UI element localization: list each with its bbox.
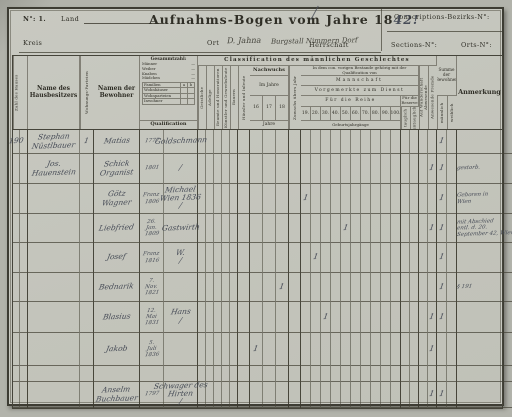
table-cell bbox=[27, 302, 80, 333]
table-cell bbox=[27, 366, 80, 382]
table-cell bbox=[222, 214, 230, 243]
table-cell bbox=[418, 130, 428, 154]
table-cell bbox=[263, 333, 276, 366]
table-cell bbox=[300, 366, 311, 382]
entry-handwritten: Jakob bbox=[105, 345, 128, 354]
table-cell bbox=[13, 382, 20, 408]
table-cell bbox=[27, 243, 80, 273]
table-cell bbox=[456, 333, 512, 366]
table-cell bbox=[214, 243, 222, 273]
table-cell bbox=[263, 154, 276, 184]
tally-mark: 1 bbox=[429, 345, 436, 354]
table-cell bbox=[214, 273, 222, 302]
gesammt-row: Mädchen— bbox=[142, 76, 195, 81]
table-cell bbox=[321, 154, 331, 184]
table-cell: MichaelWien 1836∕ bbox=[164, 184, 198, 214]
table-cell bbox=[300, 130, 311, 154]
table-cell bbox=[214, 184, 222, 214]
table-cell bbox=[331, 273, 341, 302]
table-cell bbox=[381, 382, 391, 408]
entry-handwritten: 1809 bbox=[144, 231, 159, 238]
entry-handwritten: Franz bbox=[143, 192, 160, 199]
tally-mark: 1 bbox=[279, 283, 286, 292]
gesammt-label: Mädchen bbox=[142, 76, 160, 81]
table-cell bbox=[222, 130, 230, 154]
table-cell bbox=[206, 333, 214, 366]
table-cell bbox=[351, 243, 361, 273]
table-cell: mit Abschiedentl. d. 20.September 42, Wi… bbox=[456, 214, 512, 243]
table-cell bbox=[249, 366, 263, 382]
table-cell bbox=[361, 333, 371, 366]
table-cell bbox=[351, 273, 361, 302]
table-cell bbox=[361, 382, 371, 408]
age-col: 50. bbox=[341, 107, 351, 121]
table-cell bbox=[381, 130, 391, 154]
tally-mark: 1 bbox=[322, 313, 329, 322]
table-cell bbox=[311, 302, 321, 333]
age-col: 80. bbox=[371, 107, 381, 121]
table-cell bbox=[400, 366, 410, 382]
col-residents: Namen der Bewohner bbox=[94, 56, 140, 129]
col-category: Geistliche bbox=[198, 66, 206, 129]
table-cell: 1 bbox=[436, 273, 447, 302]
table-cell: 1 bbox=[80, 130, 94, 154]
table-cell bbox=[361, 243, 371, 273]
table-cell bbox=[27, 184, 80, 214]
tally-mark: ∕ bbox=[178, 317, 182, 326]
gesammtzahl-box: Gesammtzahl: Männer— Weiber— Knaben— Mäd… bbox=[140, 56, 198, 121]
table-cell: 1 bbox=[300, 184, 311, 214]
mini-row: Inwohner bbox=[143, 98, 194, 103]
nachwuchs-age: 16 bbox=[250, 96, 263, 121]
table-cell bbox=[418, 382, 428, 408]
col-category: Adelige bbox=[206, 66, 214, 129]
col-category: Häusler und Inleute bbox=[238, 66, 250, 129]
table-cell: 1 bbox=[249, 333, 263, 366]
col-category: Bauern bbox=[230, 66, 238, 129]
table-cell bbox=[214, 214, 222, 243]
table-cell bbox=[341, 273, 351, 302]
table-cell bbox=[300, 154, 311, 184]
table-cell bbox=[263, 382, 276, 408]
col-category: Beamte und Honoratioren bbox=[214, 66, 222, 129]
table-cell bbox=[371, 273, 381, 302]
table-cell bbox=[361, 214, 371, 243]
table-cell bbox=[456, 366, 512, 382]
table-cell bbox=[361, 154, 371, 184]
table-cell bbox=[351, 184, 361, 214]
table-cell bbox=[13, 214, 20, 243]
table-cell bbox=[263, 184, 276, 214]
table-cell: Geboren inWien bbox=[456, 184, 512, 214]
table-cell bbox=[371, 154, 381, 184]
table-cell bbox=[400, 382, 410, 408]
table-cell bbox=[80, 366, 94, 382]
col-abwesend: Auf Wanderschaft Abwesende bbox=[419, 66, 428, 129]
col-anmerkung: Anmerkung bbox=[457, 56, 502, 129]
table-cell bbox=[381, 333, 391, 366]
form-header: N°: 1. Land Aufnahms-Bogen vom Jahre 184… bbox=[9, 9, 502, 55]
table-cell bbox=[80, 273, 94, 302]
land-label: Land bbox=[61, 15, 79, 23]
table-cell bbox=[400, 154, 410, 184]
table-cell: AnselmBuchbauer bbox=[93, 382, 140, 408]
table-cell bbox=[331, 243, 341, 273]
table-cell bbox=[321, 214, 331, 243]
table-cell bbox=[206, 243, 214, 273]
table-cell bbox=[361, 130, 371, 154]
entry-handwritten: Gastwirth bbox=[161, 223, 200, 233]
table-cell bbox=[400, 273, 410, 302]
table-cell bbox=[418, 273, 428, 302]
mini-cell bbox=[180, 99, 187, 103]
table-cell bbox=[351, 214, 361, 243]
conscription-district-label: Conscriptions-Bezirks-N°: bbox=[394, 13, 490, 21]
col-owner: Name des Hausbesitzers bbox=[28, 56, 80, 129]
table-cell: 1 bbox=[311, 243, 321, 273]
table-cell bbox=[206, 184, 214, 214]
table-cell: Goldschmann bbox=[164, 130, 198, 154]
entry-handwritten: Nüstlbauer bbox=[31, 141, 76, 151]
age-col: 19. bbox=[301, 107, 311, 121]
table-cell: 1 bbox=[436, 243, 447, 273]
age-col: 30. bbox=[321, 107, 331, 121]
entry-handwritten: 1831 bbox=[144, 320, 159, 327]
table-cell bbox=[371, 243, 381, 273]
table-cell bbox=[381, 302, 391, 333]
table-cell bbox=[263, 243, 276, 273]
table-cell: 1 bbox=[436, 154, 447, 184]
table-cell bbox=[436, 366, 447, 382]
table-cell bbox=[331, 214, 341, 243]
table-cell: 1 bbox=[341, 214, 351, 243]
table-cell bbox=[381, 273, 391, 302]
entry-handwritten: Blasius bbox=[102, 312, 131, 321]
table-cell bbox=[331, 154, 341, 184]
reserve-title: Für die Reserve bbox=[401, 96, 419, 107]
tally-mark: 1 bbox=[429, 164, 436, 173]
table-cell bbox=[206, 130, 214, 154]
table-cell bbox=[300, 382, 311, 408]
table-cell bbox=[351, 130, 361, 154]
tally-mark: 1 bbox=[429, 313, 436, 322]
vorgemerkt-line: Vorgemerkte zum Dienst bbox=[301, 86, 419, 96]
entry-handwritten: Josef bbox=[106, 253, 126, 262]
form-sheet: N°: 1. Land Aufnahms-Bogen vom Jahre 184… bbox=[7, 7, 504, 406]
tally-mark: 1 bbox=[438, 253, 445, 262]
table-cell bbox=[222, 302, 230, 333]
table-cell bbox=[311, 130, 321, 154]
nachwuchs-sub: Im Jahre bbox=[250, 76, 289, 96]
table-cell bbox=[249, 273, 263, 302]
table-cell bbox=[206, 154, 214, 184]
table-cell: GötzWagner bbox=[93, 184, 140, 214]
herrschaft-label: Herrschaft bbox=[309, 41, 349, 49]
table-cell bbox=[222, 382, 230, 408]
tally-mark: ∕ bbox=[178, 202, 182, 211]
tally-mark: 1 bbox=[302, 194, 309, 203]
table-cell bbox=[13, 154, 20, 184]
table-cell bbox=[300, 243, 311, 273]
mini-cell bbox=[180, 88, 187, 92]
age-col: 40. bbox=[331, 107, 341, 121]
header-underline bbox=[19, 52, 381, 53]
table-cell bbox=[321, 333, 331, 366]
age-col: 90. bbox=[381, 107, 391, 121]
table-cell bbox=[456, 302, 512, 333]
conscription-underline bbox=[387, 31, 502, 32]
table-cell: Hans∕ bbox=[164, 302, 198, 333]
table-cell: Matias bbox=[93, 130, 140, 154]
table-cell bbox=[27, 273, 80, 302]
table-cell bbox=[341, 184, 351, 214]
table-cell: 1 bbox=[321, 302, 331, 333]
entry-handwritten: 1 bbox=[83, 137, 89, 145]
ort-handwritten: D. Jahna bbox=[226, 36, 262, 46]
table-cell: Jakob bbox=[93, 333, 140, 366]
ages-bottom: Geburtsjahrgänge bbox=[301, 121, 401, 129]
table-cell bbox=[13, 333, 20, 366]
table-cell bbox=[197, 333, 206, 366]
table-cell bbox=[214, 154, 222, 184]
table-cell bbox=[351, 382, 361, 408]
summe-box: Summe der Bewohner bbox=[437, 56, 457, 96]
nachwuchs-title: Nachwuchs bbox=[250, 66, 289, 76]
mini-cell bbox=[187, 88, 194, 92]
table-cell bbox=[80, 184, 94, 214]
entry-handwritten: 1797 bbox=[144, 391, 159, 398]
col-category: Künstler und Gewerbsleute bbox=[222, 66, 230, 129]
table-cell bbox=[341, 302, 351, 333]
table-cell bbox=[321, 273, 331, 302]
table-cell: 12.Mai1831 bbox=[139, 302, 164, 333]
reserve-col: tauglich bbox=[401, 107, 410, 129]
table-cell bbox=[214, 302, 222, 333]
table-cell bbox=[222, 154, 230, 184]
col-spare bbox=[20, 56, 28, 129]
table-body: 190StephanNüstlbauer1Matias1777Goldschma… bbox=[13, 130, 502, 408]
header-divider bbox=[381, 9, 382, 51]
table-cell bbox=[80, 243, 94, 273]
table-cell bbox=[197, 273, 206, 302]
table-cell: 1 bbox=[436, 302, 447, 333]
col-fremde: Anwesende Fremde bbox=[428, 66, 437, 129]
table-cell: 1 bbox=[436, 184, 447, 214]
table-cell: § 191 bbox=[456, 273, 512, 302]
mini-col-b: b bbox=[187, 83, 194, 87]
table-cell bbox=[371, 382, 381, 408]
age-col: 20. bbox=[311, 107, 321, 121]
table-cell bbox=[361, 366, 371, 382]
table-cell bbox=[214, 366, 222, 382]
table-cell: Franz1816 bbox=[139, 243, 164, 273]
entry-handwritten: 1816 bbox=[144, 257, 159, 264]
entry-handwritten: Hauenstein bbox=[31, 168, 76, 178]
table-cell bbox=[381, 214, 391, 243]
table-cell bbox=[456, 130, 512, 154]
table-cell bbox=[418, 366, 428, 382]
table-cell bbox=[400, 243, 410, 273]
table-cell bbox=[93, 366, 140, 382]
mini-col-a: a bbox=[180, 83, 187, 87]
table-cell bbox=[197, 154, 206, 184]
gesammt-mini-table: Familienab Wohnhäuser Wohnparteien Inwoh… bbox=[142, 82, 195, 104]
table-cell bbox=[371, 130, 381, 154]
table-cell bbox=[300, 273, 311, 302]
table-cell bbox=[164, 333, 198, 366]
orts-no-label: Orts-N°: bbox=[461, 41, 492, 49]
col-qualification: Qualification bbox=[140, 121, 198, 129]
table-cell bbox=[381, 366, 391, 382]
table-cell bbox=[222, 243, 230, 273]
table-cell: 5.Juli1836 bbox=[139, 333, 164, 366]
mini-label: Inwohner bbox=[143, 99, 180, 103]
tally-mark: 1 bbox=[342, 224, 349, 233]
col-zuwachs: Zuwachs übers Jahr bbox=[289, 66, 301, 129]
age-col: 70. bbox=[361, 107, 371, 121]
table-cell bbox=[300, 214, 311, 243]
tally-mark: 1 bbox=[438, 164, 445, 173]
col-house-number: Zahl des Hauses bbox=[13, 56, 20, 129]
table-cell bbox=[371, 366, 381, 382]
table-cell: 26.Jan.1809 bbox=[139, 214, 164, 243]
age-col: 60. bbox=[351, 107, 361, 121]
table-cell: Jos.Hauenstein bbox=[27, 154, 80, 184]
table-cell bbox=[13, 273, 20, 302]
table-cell bbox=[400, 333, 410, 366]
table-cell bbox=[341, 243, 351, 273]
table-cell bbox=[80, 214, 94, 243]
table-cell bbox=[371, 302, 381, 333]
tally-mark: 1 bbox=[438, 283, 445, 292]
census-table: Zahl des Hauses Name des Hausbesitzers W… bbox=[12, 55, 503, 409]
table-cell bbox=[418, 184, 428, 214]
tally-mark: 1 bbox=[429, 390, 436, 399]
entry-handwritten: Franz bbox=[143, 251, 160, 258]
table-cell: gestorb. bbox=[456, 154, 512, 184]
table-cell bbox=[164, 273, 198, 302]
table-cell bbox=[206, 273, 214, 302]
table-cell bbox=[381, 243, 391, 273]
table-cell bbox=[321, 243, 331, 273]
table-cell bbox=[263, 273, 276, 302]
table-cell: Gastwirth bbox=[164, 214, 198, 243]
tally-mark: 1 bbox=[438, 313, 445, 322]
mini-cell bbox=[187, 99, 194, 103]
table-cell bbox=[80, 154, 94, 184]
table-cell bbox=[249, 382, 263, 408]
tally-mark: ∕ bbox=[178, 257, 182, 266]
age-col: 100. bbox=[391, 107, 401, 121]
table-cell bbox=[27, 333, 80, 366]
col-parties: Wohnungs-Parteien bbox=[80, 56, 94, 129]
table-cell bbox=[341, 154, 351, 184]
table-cell bbox=[456, 382, 512, 408]
sheet-number: N°: 1. bbox=[23, 15, 46, 23]
table-cell: StephanNüstlbauer bbox=[27, 130, 80, 154]
table-cell bbox=[351, 333, 361, 366]
table-cell: Schwager desHirten∕ bbox=[164, 382, 198, 408]
table-cell bbox=[80, 302, 94, 333]
nachwuchs-age: 17 bbox=[263, 96, 276, 121]
table-cell bbox=[311, 366, 321, 382]
table-cell bbox=[456, 243, 512, 273]
table-cell bbox=[321, 366, 331, 382]
entry-handwritten: 1806 bbox=[144, 198, 159, 205]
table-cell: W.∕ bbox=[164, 243, 198, 273]
tally-mark: 1 bbox=[438, 224, 445, 233]
table-cell: 1 bbox=[436, 382, 447, 408]
remark-handwritten: Geboren in bbox=[456, 192, 488, 199]
table-cell bbox=[214, 333, 222, 366]
kreis-label: Kreis bbox=[23, 39, 42, 47]
table-cell bbox=[400, 302, 410, 333]
table-cell bbox=[249, 302, 263, 333]
table-cell bbox=[351, 302, 361, 333]
entry-handwritten: Bednarik bbox=[98, 282, 134, 291]
table-cell bbox=[418, 214, 428, 243]
table-cell bbox=[381, 154, 391, 184]
table-cell bbox=[341, 382, 351, 408]
mannschaft-line: Mannschaft bbox=[301, 76, 419, 86]
tally-mark: 1 bbox=[429, 224, 436, 233]
table-cell bbox=[361, 302, 371, 333]
entry-handwritten: 190 bbox=[8, 137, 24, 146]
sections-label: Sections-N°: bbox=[391, 41, 437, 49]
table-cell bbox=[222, 333, 230, 366]
scanned-document: N°: 1. Land Aufnahms-Bogen vom Jahre 184… bbox=[0, 0, 512, 417]
table-cell bbox=[351, 366, 361, 382]
table-cell bbox=[341, 366, 351, 382]
table-cell bbox=[331, 302, 341, 333]
table-cell bbox=[27, 382, 80, 408]
table-cell bbox=[300, 302, 311, 333]
table-cell bbox=[249, 243, 263, 273]
table-cell bbox=[331, 184, 341, 214]
table-cell bbox=[249, 130, 263, 154]
form-title-text: Aufnahms-Bogen vom Jahre 18 bbox=[149, 12, 394, 27]
table-cell bbox=[27, 214, 80, 243]
entry-handwritten: Wagner bbox=[101, 198, 132, 207]
reserve-col: untauglich bbox=[410, 107, 419, 129]
mini-cell bbox=[180, 94, 187, 98]
table-cell bbox=[331, 130, 341, 154]
table-cell bbox=[436, 333, 447, 366]
remark-handwritten: § 191 bbox=[456, 284, 472, 291]
table-cell bbox=[341, 130, 351, 154]
table-cell bbox=[311, 184, 321, 214]
entry-handwritten: Liebfried bbox=[98, 223, 134, 232]
table-cell bbox=[214, 382, 222, 408]
summe-col-w: weiblich bbox=[447, 96, 457, 129]
ort-label: Ort bbox=[207, 39, 219, 47]
table-cell: Bednarik bbox=[93, 273, 140, 302]
table-cell: 1 bbox=[436, 130, 447, 154]
table-cell: Blasius bbox=[93, 302, 140, 333]
table-cell bbox=[13, 184, 20, 214]
table-cell bbox=[331, 382, 341, 408]
table-cell bbox=[249, 184, 263, 214]
tally-mark: 1 bbox=[438, 390, 445, 399]
table-cell bbox=[13, 302, 20, 333]
table-cell bbox=[371, 333, 381, 366]
table-cell: Josef bbox=[93, 243, 140, 273]
table-cell bbox=[331, 366, 341, 382]
table-cell bbox=[351, 154, 361, 184]
table-cell: Liebfried bbox=[93, 214, 140, 243]
summe-col-m: männlich bbox=[437, 96, 447, 129]
table-cell bbox=[418, 154, 428, 184]
